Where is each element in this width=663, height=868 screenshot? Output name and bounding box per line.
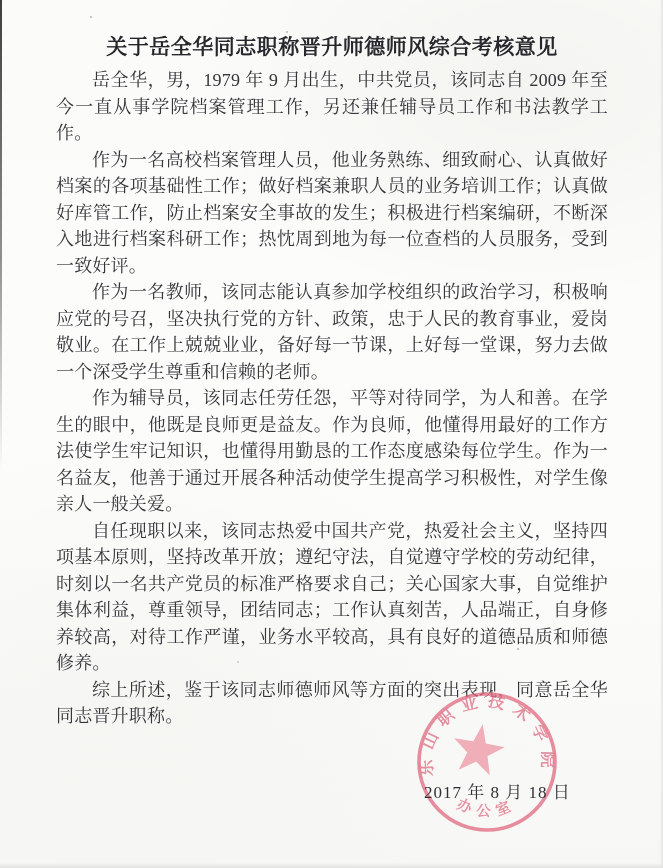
document-title: 关于岳全华同志职称晋升师德师风综合考核意见 — [56, 32, 608, 62]
paragraph-archivist: 作为一名高校档案管理人员，他业务熟练、细致耐心、认真做好档案的各项基础性工作；做… — [56, 147, 608, 280]
paragraph-teacher: 作为一名教师，该同志能认真参加学校组织的政治学习，积极响应党的号召，坚决执行党的… — [56, 279, 608, 385]
paragraph-counselor: 作为辅导员，该同志任劳任怨，平等对待同学，为人和善。在学生的眼中，他既是良师更是… — [56, 385, 608, 518]
scanned-document-page: 关于岳全华同志职称晋升师德师风综合考核意见 岳全华，男，1979 年 9 月出生… — [0, 0, 663, 868]
document-date: 2017 年 8 月 18 日 — [424, 778, 571, 803]
document-content: 关于岳全华同志职称晋升师德师风综合考核意见 岳全华，男，1979 年 9 月出生… — [0, 0, 663, 730]
document-body: 岳全华，男，1979 年 9 月出生，中共党员，该同志自 2009 年至今一直从… — [56, 67, 608, 730]
paragraph-intro: 岳全华，男，1979 年 9 月出生，中共党员，该同志自 2009 年至今一直从… — [56, 67, 608, 147]
scan-edge-bottom — [0, 863, 663, 868]
official-seal-stamp: 乐山职业技术学院 办公室 — [413, 687, 561, 837]
seal-star-icon — [454, 724, 505, 775]
paragraph-politics: 自任现职以来，该同志热爱中国共产党，热爱社会主义，坚持四项基本原则，坚持改革开放… — [56, 518, 608, 677]
